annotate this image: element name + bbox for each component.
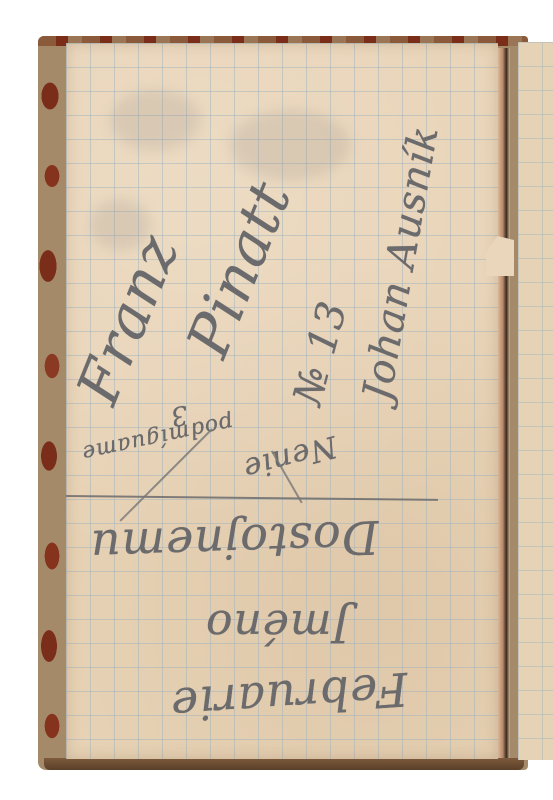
next-page-edge [518,42,553,760]
binding-gutter [498,48,510,758]
smudge [110,90,200,150]
smudge [230,110,350,180]
handwriting-jmeno: Jméno [205,600,350,651]
cover-bottom-edge [44,758,524,770]
handwriting-dostojnemu: Dostojnemu [89,510,379,574]
